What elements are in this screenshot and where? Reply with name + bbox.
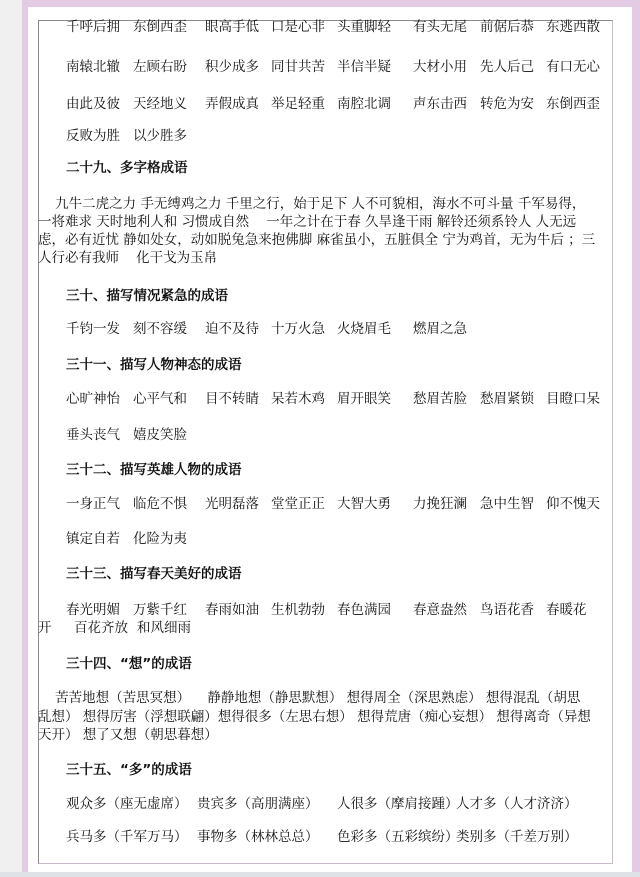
idiom: 嬉皮笑脸 [133,427,187,443]
section-heading: 三十四、“想”的成语 [66,656,192,672]
idiom: 东逃西散 [546,19,600,35]
paragraph-line: 乱想） 想得厉害（浮想联翩）想得很多（左思右想） 想得荒唐（痴心妄想） 想得离奇… [38,709,591,725]
idiom: 垂头丧气 [66,427,120,443]
idiom: 百花齐放 [74,620,128,636]
idiom: 半信半疑 [337,59,391,75]
idiom: 春色满园 [337,602,391,618]
idiom: 呆若木鸡 [271,391,325,407]
idiom: 头重脚轻 [337,19,391,35]
idiom: 目不转睛 [205,391,259,407]
idiom: 刻不容缓 [133,321,187,337]
paragraph-line: 九牛二虎之力 手无缚鸡之力 千里之行，始于足下 人不可貌相，海水不可斗量 千军易… [38,196,585,212]
idiom: 同甘共苦 [271,59,325,75]
idiom: 一身正气 [66,496,120,512]
idiom: 色彩多（五彩缤纷） [337,829,459,845]
idiom: 十万火急 [271,321,325,337]
idiom: 春意盎然 [413,602,467,618]
idiom: 春光明媚 [66,602,120,618]
idiom: 春暖花 [546,602,587,618]
idiom: 心旷神怡 [66,391,120,407]
section-heading: 三十一、描写人物神态的成语 [66,357,242,373]
idiom: 由此及彼 [66,96,120,112]
idiom: 兵马多（千军万马） [66,829,188,845]
idiom: 东倒西歪 [133,19,187,35]
idiom: 和风细雨 [137,620,191,636]
idiom: 举足轻重 [271,96,325,112]
paragraph-line: 天开） 想了又想（朝思暮想） [38,727,218,743]
idiom: 天经地义 [133,96,187,112]
idiom: 东倒西歪 [546,96,600,112]
idiom: 声东击西 [413,96,467,112]
idiom: 人很多（摩肩接踵） [337,796,459,812]
idiom: 口是心非 [271,19,325,35]
idiom: 火烧眉毛 [337,321,391,337]
idiom: 事物多（林林总总） [197,829,319,845]
idiom: 反败为胜 [66,128,120,144]
idiom: 心平气和 [133,391,187,407]
idiom: 前倨后恭 [480,19,534,35]
idiom: 大智大勇 [337,496,391,512]
idiom: 春雨如油 [205,602,259,618]
idiom: 万紫千红 [133,602,187,618]
idiom: 燃眉之急 [413,321,467,337]
idiom: 镇定自若 [66,531,120,547]
paragraph-line: 虑，必有近忧 静如处女，动如脱兔急来抱佛脚 麻雀虽小，五脏俱全 宁为鸡首，无为牛… [38,232,595,248]
paragraph-line: 苦苦地想（苦思冥想） 静静地想（静思默想） 想得周全（深思熟虑） 想得混乱（胡思 [38,690,580,706]
idiom: 急中生智 [480,496,534,512]
section-heading: 二十九、多字格成语 [66,160,188,176]
idiom: 以少胜多 [133,128,187,144]
idiom: 临危不惧 [133,496,187,512]
idiom-continuation: 开 [38,620,52,636]
idiom: 观众多（座无虚席） [66,796,188,812]
idiom: 愁眉紧锁 [480,391,534,407]
idiom: 生机勃勃 [271,602,325,618]
idiom: 化险为夷 [133,531,187,547]
idiom: 仰不愧天 [546,496,600,512]
idiom: 有头无尾 [413,19,467,35]
idiom: 千钧一发 [66,321,120,337]
idiom: 大材小用 [413,59,467,75]
idiom: 鸟语花香 [480,602,534,618]
section-heading: 三十、描写情况紧急的成语 [66,288,228,304]
idiom: 南辕北辙 [66,59,120,75]
idiom: 弄假成真 [205,96,259,112]
idiom: 眼高手低 [205,19,259,35]
idiom: 南腔北调 [337,96,391,112]
idiom: 千呼后拥 [66,19,120,35]
idiom: 目瞪口呆 [546,391,600,407]
idiom: 眉开眼笑 [337,391,391,407]
idiom: 人才多（人才济济） [456,796,578,812]
idiom: 贵宾多（高朋满座） [197,796,319,812]
paragraph-line: 一将难求 天时地利人和 习惯成自然 一年之计在于春 久旱逢干雨 解铃还须系铃人 … [38,214,576,230]
section-heading: 三十二、描写英雄人物的成语 [66,462,242,478]
idiom: 愁眉苦脸 [413,391,467,407]
idiom: 堂堂正正 [271,496,325,512]
idiom: 力挽狂澜 [413,496,467,512]
idiom: 类别多（千差万别） [456,829,578,845]
idiom: 积少成多 [205,59,259,75]
section-heading: 三十五、“多”的成语 [66,762,192,778]
idiom: 光明磊落 [205,496,259,512]
section-heading: 三十三、描写春天美好的成语 [66,566,242,582]
idiom: 迫不及待 [205,321,259,337]
idiom: 左顾右盼 [133,59,187,75]
bottom-strip [0,872,640,877]
paragraph-line: 人行必有我师 化干戈为玉帛 [38,250,217,266]
idiom: 转危为安 [480,96,534,112]
idiom: 有口无心 [546,59,600,75]
idiom: 先人后己 [480,59,534,75]
